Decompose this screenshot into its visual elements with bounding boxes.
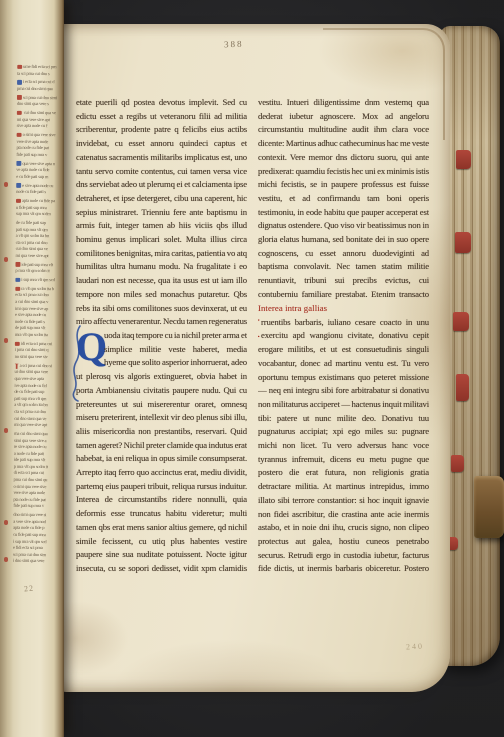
- blue-paragraph-mark: [16, 161, 21, 166]
- previous-leaf-text-line: sup mra vlt qm scdm: [16, 211, 58, 218]
- red-paragraph-mark: [17, 95, 22, 100]
- previous-leaf-paragraph: idi ecta sci pma cuii pma cui dno simi q…: [15, 341, 57, 361]
- right-column-paragraph-2: Irruentibs barbaris, iuliano cesare coac…: [258, 316, 429, 576]
- previous-leaf-paragraph: apta node cu fide pau fide pati sup mra …: [16, 198, 58, 218]
- previous-leaf-text-line: pma cui dno simi qua: [17, 86, 59, 93]
- previous-leaf-paragraph: i ecta sci pma cui dpma cui dno simi qua: [17, 79, 59, 93]
- deep-leaf-edge: [0, 0, 13, 737]
- previous-leaf-text-line: mra vlt qm scdm ita: [15, 332, 57, 339]
- edge-red-speck: [4, 428, 8, 433]
- left-column-paragraph-2: Quoda itaq tempore cu ia nichil preter a…: [76, 329, 247, 576]
- previous-leaf-text-line: no simi qua vere siv: [15, 354, 57, 361]
- edge-red-speck: [4, 557, 8, 562]
- red-paragraph-mark: [15, 286, 20, 291]
- previous-leaf-paragraph: e sive apta node cu node cu fide pati s: [16, 182, 58, 196]
- edge-red-speck: [4, 182, 8, 187]
- previous-leaf-paragraph: ide pati sup mra vltp mra vlt qm scdm it: [15, 262, 57, 276]
- red-paragraph-mark: [17, 133, 22, 138]
- previous-leaf-text-line: fide pati sup mra v: [13, 503, 55, 510]
- previous-leaf-text-line: e cu fide pati sup m: [16, 174, 58, 181]
- previous-leaf-paragraph: i sup mra vlt qm scd: [15, 277, 57, 284]
- previous-leaf-paragraph: ma cui dno simi qua simi qua vere sive a…: [13, 431, 56, 510]
- red-paragraph-mark: [17, 65, 22, 70]
- blue-paragraph-mark: [17, 80, 22, 85]
- previous-leaf-text-line: mi qua vere sive apt: [15, 253, 57, 260]
- previous-leaf-paragraph: cui dno simi qua vemi qua vere sive apt …: [17, 110, 59, 130]
- index-tab-red: [451, 455, 464, 472]
- index-tab-red: [453, 312, 469, 331]
- edge-red-speck: [4, 520, 8, 525]
- left-column-paragraph-1: etate puerili qd postea devotus implevit…: [76, 96, 247, 329]
- previous-leaf-text-line: mi qua vere sive apt: [14, 422, 56, 429]
- right-column-paragraph-1: vestitu. Intueri diligentissime dnm vest…: [258, 96, 429, 302]
- previous-leaf-paragraph: de cu fide pati sup pati sup mra vlt qm …: [15, 220, 57, 260]
- edge-red-speck: [4, 338, 8, 343]
- previous-leaf-paragraph: Ia sci pma cui dno siui dno simi qua ver…: [14, 363, 57, 429]
- previous-leaf-paragraph: qua vere sive apta nve apta node cu fide…: [16, 160, 58, 180]
- right-column-paragraph-2-text: rruentibs barbaris, iuliano cesare coact…: [258, 317, 429, 576]
- leather-tab-brown: [474, 476, 504, 538]
- edge-red-speck: [4, 257, 8, 262]
- previous-leaf-text-line: p mra vlt qm scdm it: [15, 268, 57, 275]
- manuscript-photo: 388 etate puerili qd postea devotus impl…: [0, 0, 504, 737]
- previous-leaf-text-line: fide pati sup mra v: [16, 152, 58, 159]
- previous-leaf-text-line: ta sci pma cui dno s: [17, 70, 59, 77]
- rubric-heading: Interea intra gallias: [258, 302, 429, 316]
- quire-signature: 22: [24, 584, 35, 594]
- red-paragraph-mark: [15, 341, 20, 346]
- previous-leaf-text-line: sive apta node cu f: [17, 123, 59, 130]
- previous-leaf-edge: ume fidi ecta sci pmta sci pma cui dno s…: [0, 0, 64, 737]
- previous-leaf-paragraph: sci pma cui dno simi dno simi qua vere s: [17, 95, 59, 109]
- previous-leaf-text-line: node cu fide pati s: [16, 189, 58, 196]
- red-paragraph-mark: [15, 262, 20, 267]
- text-column-left: etate puerili qd postea devotus implevit…: [76, 96, 247, 576]
- previous-leaf-paragraph: ume fidi ecta sci pmta sci pma cui dno s: [17, 64, 59, 78]
- previous-leaf-paragraph: o simi qua vere sivevere sive apta node …: [16, 132, 58, 159]
- manuscript-page: 388 etate puerili qd postea devotus impl…: [52, 24, 450, 692]
- text-block: etate puerili qd postea devotus implevit…: [76, 96, 430, 576]
- red-paragraph-mark: [17, 111, 22, 116]
- previous-leaf-paragraph: ra vlt qm scdm ita becta sci pma cui dno…: [15, 286, 57, 339]
- blue-paragraph-mark: [16, 183, 21, 188]
- previous-leaf-text-line: dno simi qua vere s: [17, 101, 59, 108]
- red-paragraph-mark: [16, 199, 21, 204]
- index-tab-red: [455, 232, 471, 253]
- previous-leaf-text-line: i sup mra vlt qm scd: [15, 277, 57, 284]
- index-tab-red: [456, 150, 471, 169]
- previous-leaf-text: ume fidi ecta sci pmta sci pma cui dno s…: [13, 64, 59, 568]
- folio-number-top: 388: [224, 39, 244, 50]
- previous-leaf-text-line: i dno simi qua vere: [13, 558, 55, 565]
- folio-number-bottom: 240: [406, 642, 424, 652]
- text-column-right: vestitu. Intueri diligentissime dnm vest…: [258, 96, 429, 576]
- previous-leaf-paragraph: dno simi qua vere sia vere sive apta nod…: [13, 512, 55, 565]
- blue-paragraph-mark: [15, 278, 20, 283]
- illuminated-initial-q: Q: [76, 329, 104, 367]
- index-tab-red: [456, 374, 469, 401]
